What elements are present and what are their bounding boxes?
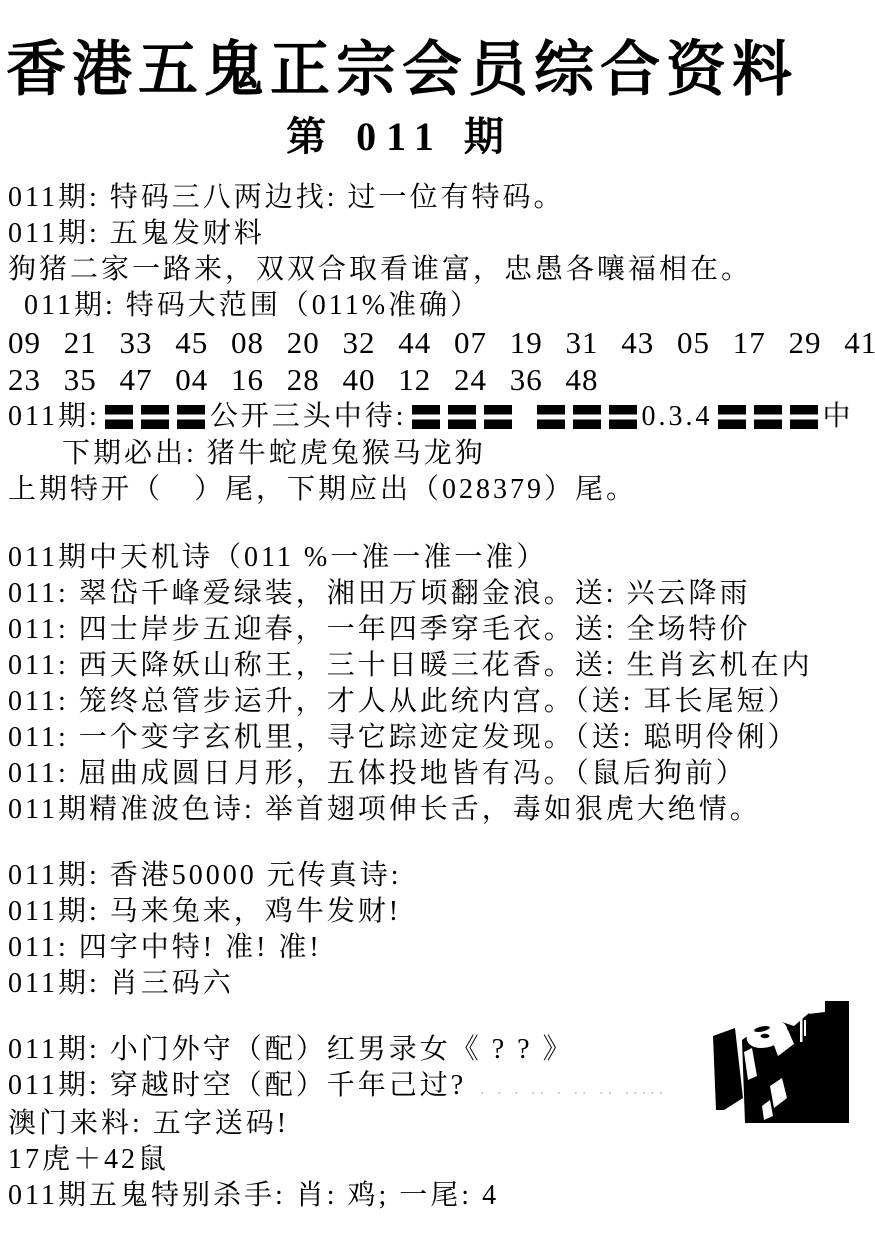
redacted-block-icon bbox=[484, 405, 512, 429]
intro-line-1: 011期: 特码三八两边找: 过一位有特码。 bbox=[0, 180, 875, 216]
tianji-line-3: 011: 西天降妖山称王，三十日暖三花香。送: 生肖玄机在内 bbox=[0, 648, 875, 684]
bottom-line-4: 17虎＋42鼠 bbox=[0, 1142, 875, 1178]
redacted-block-icon bbox=[609, 405, 637, 429]
fax-line-3: 011: 四字中特! 准! 准! bbox=[0, 930, 875, 966]
number-row-2: 23 35 47 04 16 28 40 12 24 36 48 bbox=[0, 361, 875, 398]
redacted-block-icon bbox=[790, 405, 818, 429]
heads-digits: 0.3.4 bbox=[642, 398, 713, 436]
tianji-line-6: 011: 屈曲成圆日月形，五体投地皆有冯。（鼠后狗前） bbox=[0, 756, 875, 792]
heads-prefix: 011期: bbox=[8, 398, 100, 436]
redacted-block-icon bbox=[141, 405, 169, 429]
heads-open-label: 公开三头中待: bbox=[210, 398, 407, 436]
redacted-block-icon bbox=[754, 405, 782, 429]
heads-suffix: 中 bbox=[823, 398, 854, 436]
redacted-block-icon bbox=[105, 405, 133, 429]
faint-scan-marks: . . . .. . .. .. ..... bbox=[466, 1078, 667, 1098]
redacted-blocks-group bbox=[537, 405, 637, 429]
tianji-poem-section: 011期中天机诗（011 %一准一准一准） 011: 翠岱千峰爱绿装，湘田万顷翻… bbox=[0, 540, 875, 828]
intro-line-2: 011期: 五鬼发财料 bbox=[0, 216, 875, 252]
bottom-line-2-text: 011期: 穿越时空（配）千年己过? bbox=[8, 1070, 466, 1101]
redacted-blocks-group bbox=[105, 405, 205, 429]
intro-line-4: 011期: 特码大范围（011%准确） bbox=[0, 288, 875, 324]
number-range-section: 09 21 33 45 08 20 32 44 07 19 31 43 05 1… bbox=[0, 324, 875, 398]
page-title: 香港五鬼正宗会员综合资料 bbox=[6, 30, 875, 110]
tails-line: 上期特开（ ）尾，下期应出（028379）尾。 bbox=[0, 472, 875, 508]
redacted-block-icon bbox=[448, 405, 476, 429]
intro-section: 011期: 特码三八两边找: 过一位有特码。 011期: 五鬼发财料 狗猪二家一… bbox=[0, 180, 875, 324]
tianji-line-4: 011: 笼终总管步运升，才人从此统内宫。（送: 耳长尾短） bbox=[0, 684, 875, 720]
tianji-line-1: 011: 翠岱千峰爱绿装，湘田万顷翻金浪。送: 兴云降雨 bbox=[0, 576, 875, 612]
next-must-line: 下期必出: 猪牛蛇虎兔猴马龙狗 bbox=[0, 436, 875, 472]
issue-heading: 第 011 期 bbox=[0, 110, 800, 164]
three-heads-line: 011期: 公开三头中待: 0.3.4 中 bbox=[0, 398, 875, 436]
document-page: 香港五鬼正宗会员综合资料 第 011 期 011期: 特码三八两边找: 过一位有… bbox=[0, 0, 875, 1238]
redacted-block-icon bbox=[412, 405, 440, 429]
halftone-portrait-photo bbox=[712, 1000, 849, 1123]
redacted-block-icon bbox=[573, 405, 601, 429]
bottom-line-5: 011期五鬼特别杀手: 肖: 鸡; 一尾: 4 bbox=[0, 1178, 875, 1214]
fax-line-4: 011期: 肖三码六 bbox=[0, 966, 875, 1002]
intro-line-3: 狗猪二家一路来，双双合取看谁富，忠愚各嚷福相在。 bbox=[0, 252, 875, 288]
redacted-block-icon bbox=[177, 405, 205, 429]
fax-section: 011期: 香港50000 元传真诗: 011期: 马来兔来，鸡牛发财! 011… bbox=[0, 858, 875, 1002]
number-row-1: 09 21 33 45 08 20 32 44 07 19 31 43 05 1… bbox=[0, 324, 875, 361]
tianji-line-2: 011: 四士岸步五迎春，一年四季穿毛衣。送: 全场特价 bbox=[0, 612, 875, 648]
tianji-header: 011期中天机诗（011 %一准一准一准） bbox=[0, 540, 875, 576]
redacted-block-icon bbox=[537, 405, 565, 429]
fax-line-2: 011期: 马来兔来，鸡牛发财! bbox=[0, 894, 875, 930]
redacted-block-icon bbox=[718, 405, 746, 429]
tianji-line-5: 011: 一个变字玄机里，寻它踪迹定发现。（送: 聪明伶俐） bbox=[0, 720, 875, 756]
redacted-blocks-group bbox=[412, 405, 512, 429]
redacted-blocks-group bbox=[718, 405, 818, 429]
fax-line-1: 011期: 香港50000 元传真诗: bbox=[0, 858, 875, 894]
bose-poem-line: 011期精准波色诗: 举首翅项伸长舌，毒如狠虎大绝情。 bbox=[0, 792, 875, 828]
